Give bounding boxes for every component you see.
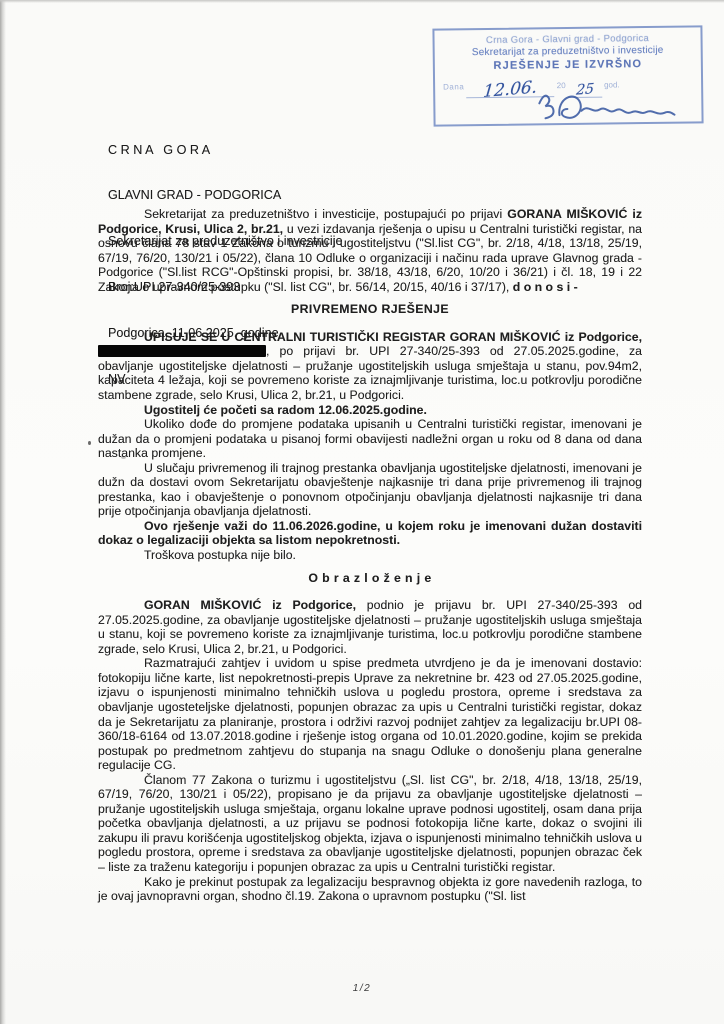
document-page: Crna Gora - Glavni grad - Podgorica Sekr… [0,0,724,1024]
stamp-title: RJEŠENJE JE IZVRŠNO [435,57,701,72]
document-body: Sekretarijat za preduzetništvo i investi… [98,207,642,904]
paragraph: UPISUJE SE U CENTRALNI TURISTIČKI REGIST… [98,330,642,403]
redaction-box [98,345,266,357]
paragraph: Ukoliko dođe do promjene podataka upisan… [98,417,642,461]
paragraph: Članom 77 Zakona o turizmu i ugostiteljs… [98,773,642,875]
paragraph: Sekretarijat za preduzetništvo i investi… [98,207,642,294]
bold-text-run: Ugostitelj će početi sa radom 12.06.2025… [144,403,427,417]
letterhead-country: C R N A G O R A [108,143,343,158]
text-run: Sekretarijat za preduzetništvo i investi… [144,207,507,221]
bold-text-run: d o n o s i - [513,280,578,294]
bold-text-run: GORAN MIŠKOVIĆ iz Podgorice, [144,598,356,612]
section-heading: O b r a z l o ž e n j e [98,571,642,586]
text-run: Troškova postupka nije bilo. [144,548,296,562]
page-number: 1/2 [0,983,724,994]
letterhead-city: GLAVNI GRAD - PODGORICA [108,188,343,203]
stamp-dept-line: Sekretarijat za preduzetništvo i investi… [435,44,701,58]
scan-speck [88,441,91,445]
scan-edge-top [0,0,724,3]
bold-text-run: UPISUJE SE U CENTRALNI TURISTIČKI REGIST… [144,330,642,344]
signature-scribble [529,81,698,129]
section-heading: PRIVREMENO RJEŠENJE [98,302,642,317]
stamp-date-label: Dana [443,82,464,91]
paragraph: U slučaju privremenog ili trajnog presta… [98,461,642,519]
text-run: Razmatrajući zahtjev i uvidom u spise pr… [98,656,642,772]
scan-edge-left [0,0,6,1024]
text-run: Ukoliko dođe do promjene podataka upisan… [98,417,642,460]
text-run: U slučaju privremenog ili trajnog presta… [98,461,642,519]
paragraph: Razmatrajući zahtjev i uvidom u spise pr… [98,656,642,772]
paragraph: Ugostitelj će početi sa radom 12.06.2025… [98,403,642,418]
paragraph: Kako je prekinut postupak za legalizacij… [98,875,642,904]
paragraph: Ovo rješenje važi do 11.06.2026.godine, … [98,519,642,548]
text-run: Članom 77 Zakona o turizmu i ugostiteljs… [98,773,642,874]
text-run: Kako je prekinut postupak za legalizacij… [98,875,642,904]
paragraph: GORAN MIŠKOVIĆ iz Podgorice, podnio je p… [98,598,642,656]
executive-stamp: Crna Gora - Glavni grad - Podgorica Sekr… [432,25,703,126]
paragraph: Troškova postupka nije bilo. [98,548,642,563]
bold-text-run: Ovo rješenje važi do 11.06.2026.godine, … [98,519,642,548]
